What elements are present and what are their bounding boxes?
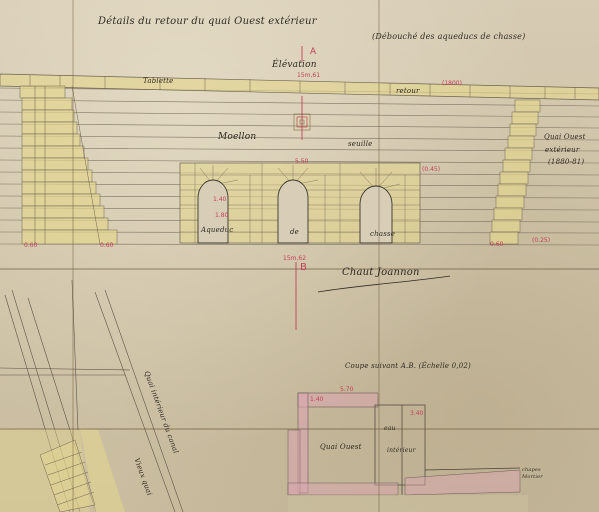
elevation-label: Élévation: [272, 60, 317, 70]
lower-right-note: chapes: [522, 467, 541, 473]
signature: Chaut Joannon: [342, 267, 420, 278]
right-pier: [490, 100, 540, 244]
section-top-dim-3: 1.40: [310, 396, 323, 403]
drawing-sheet: Détails du retour du quai Ouest extérieu…: [0, 0, 599, 512]
lower-right-note-2: Mortier: [522, 474, 543, 480]
arch-label-1: Aqueduc: [201, 226, 234, 234]
right-base-dim: 0.60: [490, 241, 503, 248]
right-quay-label-2: extérieur: [545, 146, 579, 154]
section-title: Coupe suivant A.B. (Échelle 0,02): [345, 362, 471, 370]
fold-line: [72, 0, 74, 512]
section-quay-label: Quai Ouest: [320, 443, 362, 451]
section-marker-a: A: [310, 47, 316, 57]
section-top-dim-1: 5.70: [340, 386, 353, 393]
signature-flourish: [318, 276, 450, 292]
drawing-subtitle: (Débouché des aqueducs de chasse): [372, 32, 525, 41]
arch-width-dim: 1.40: [213, 196, 226, 203]
left-pier: [20, 86, 117, 244]
coping-label: Tablette: [143, 77, 174, 85]
arch-label-2: de: [290, 228, 299, 236]
section-interior-label: intérieur: [387, 447, 416, 454]
arch-label-3: chasse: [370, 230, 395, 238]
bottom-level: 15m,62: [283, 255, 306, 262]
sill-label: seuille: [348, 140, 373, 148]
top-level: 15m,61: [297, 72, 320, 79]
left-base-dim-2: 0.60: [100, 242, 113, 249]
arch-height-dim: 1.80: [215, 212, 228, 219]
section-water-label: eau: [384, 425, 396, 432]
left-base-dim-1: 0.60: [24, 242, 37, 249]
center-key-dim: 5.50: [295, 158, 308, 165]
top-right-dim: (1800): [442, 80, 462, 87]
elevation-mid-dim: (0.45): [422, 166, 440, 173]
fold-line: [0, 428, 599, 430]
right-quay-years: (1880-81): [548, 158, 584, 166]
right-edge-dim: (0.25): [532, 237, 550, 244]
section-top-dim-2: 3.40: [410, 410, 423, 417]
fold-line: [378, 0, 380, 512]
section-marker-b: B: [300, 262, 307, 273]
coping-right-label: retour: [396, 87, 420, 95]
right-quay-label: Quai Ouest: [544, 133, 586, 141]
masonry-label: Moellon: [218, 132, 256, 142]
drawing-title: Détails du retour du quai Ouest extérieu…: [98, 16, 317, 27]
